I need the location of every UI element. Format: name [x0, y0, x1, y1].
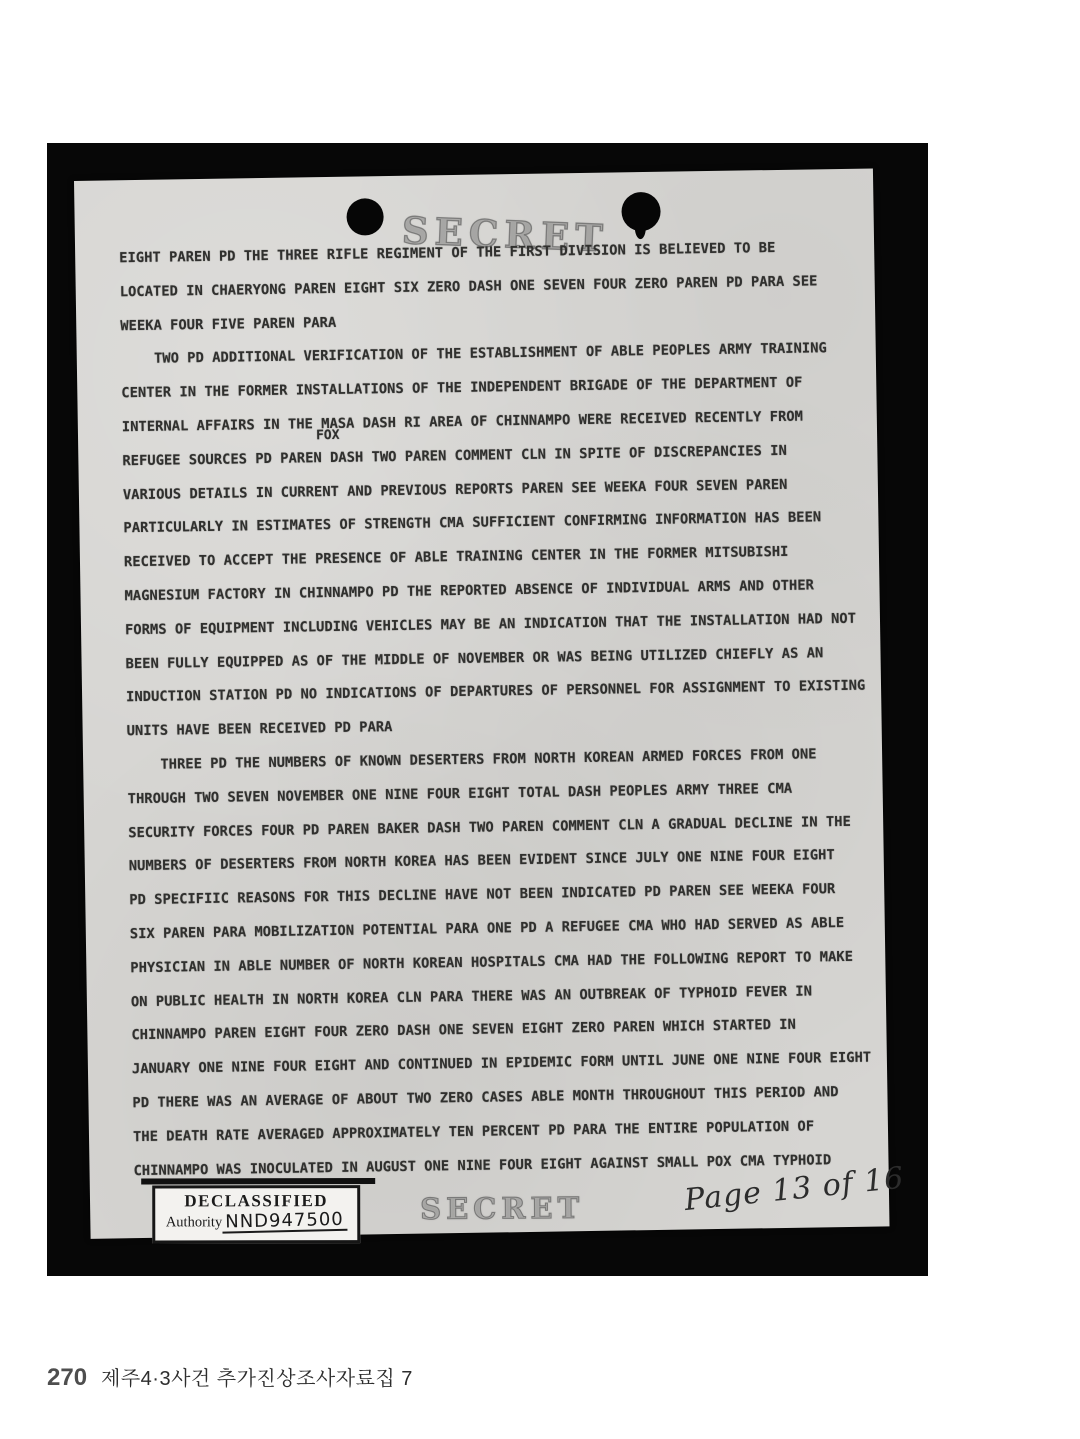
- typed-text-body: EIGHT PAREN PD THE THREE RIFLE REGIMENT …: [119, 231, 880, 1189]
- authority-label: Authority: [166, 1214, 222, 1230]
- book-title: 제주4·3사건 추가진상조사자료집 7: [101, 1362, 413, 1391]
- typed-insertion-fox: FOX: [316, 428, 340, 443]
- hole-punch-right: [621, 192, 661, 232]
- hole-punch-left: [346, 198, 384, 236]
- secret-stamp-bottom: SECRET: [420, 1191, 584, 1226]
- book-footer: 270 제주4·3사건 추가진상조사자료집 7: [47, 1362, 413, 1392]
- authority-number: NND947500: [222, 1211, 347, 1234]
- stamp-top-edge: [141, 1178, 375, 1184]
- book-page-number: 270: [47, 1364, 87, 1392]
- document-page: SECRET EIGHT PAREN PD THE THREE RIFLE RE…: [74, 168, 890, 1238]
- declassified-authority-row: AuthorityNND947500: [155, 1212, 357, 1232]
- scan-background: SECRET EIGHT PAREN PD THE THREE RIFLE RE…: [47, 143, 928, 1276]
- declassified-stamp: DECLASSIFIED AuthorityNND947500: [152, 1185, 360, 1243]
